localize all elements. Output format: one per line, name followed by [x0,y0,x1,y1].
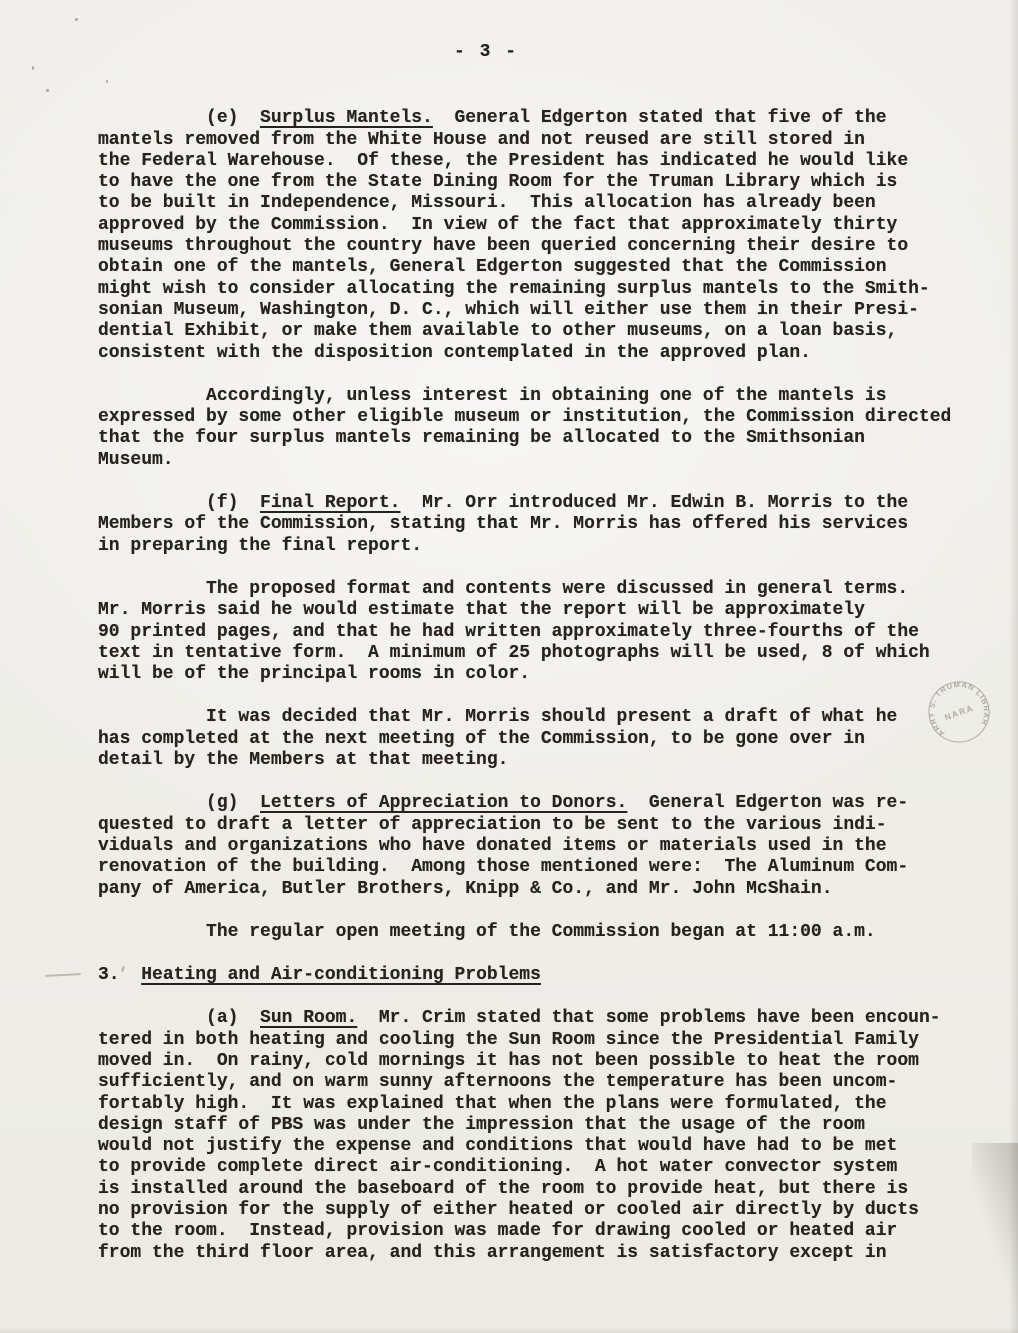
text-line: moved in. On rainy, cold mornings it has… [98,1051,978,1072]
heading-3-heating-air-conditioning: 3. Heating and Air-conditioning Problems [98,965,978,986]
paragraph-g-letters-of-appreciation: (g) Letters of Appreciation to Donors. G… [98,793,978,899]
text-line: (a) Sun Room. Mr. Crim stated that some … [98,1008,978,1029]
text-line: consistent with the disposition contempl… [98,343,978,364]
underlined-title: Surplus Mantels. [260,108,433,128]
page-bottom-edge-shadow [0,1327,1018,1333]
paragraph-draft-decision: It was decided that Mr. Morris should pr… [98,707,978,771]
text-line: would not justify the expense and condit… [98,1136,978,1157]
text-line: will be of the principal rooms in color. [98,664,978,685]
text-line: to have the one from the State Dining Ro… [98,172,978,193]
text-line: obtain one of the mantels, General Edger… [98,257,978,278]
paragraph-e-surplus-mantels: (e) Surplus Mantels. General Edgerton st… [98,108,978,364]
scan-speck [75,18,78,21]
document-body: (e) Surplus Mantels. General Edgerton st… [98,108,978,1264]
text-line: mantels removed from the White House and… [98,130,978,151]
text-line: (g) Letters of Appreciation to Donors. G… [98,793,978,814]
text-line: text in tentative form. A minimum of 25 … [98,643,978,664]
text-line: design staff of PBS was under the impres… [98,1115,978,1136]
text-line: quested to draft a letter of appreciatio… [98,815,978,836]
text-line: Accordingly, unless interest in obtainin… [98,386,978,407]
underlined-title: Letters of Appreciation to Donors. [260,793,627,813]
text-line: 3. Heating and Air-conditioning Problems [98,965,978,986]
page-corner-shadow [972,1143,1018,1333]
text-line: It was decided that Mr. Morris should pr… [98,707,978,728]
stamp-center-text: NARA [943,703,975,723]
text-line: The proposed format and contents were di… [98,579,978,600]
underlined-title: Final Report. [260,493,400,513]
text-line: Mr. Morris said he would estimate that t… [98,600,978,621]
paragraph-proposed-format: The proposed format and contents were di… [98,579,978,685]
text-line: sonian Museum, Washington, D. C., which … [98,300,978,321]
text-line: to provide complete direct air-condition… [98,1157,978,1178]
scanned-document-page: { "page": { "number_label": "- 3 -" }, "… [0,0,1018,1333]
text-line: 90 printed pages, and that he had writte… [98,622,978,643]
document-column: - 3 - (e) Surplus Mantels. General Edger… [98,42,978,1264]
text-line: approved by the Commission. In view of t… [98,215,978,236]
text-line: that the four surplus mantels remaining … [98,428,978,449]
paragraph-a-sun-room: (a) Sun Room. Mr. Crim stated that some … [98,1008,978,1264]
page-number: - 3 - [98,42,874,63]
text-line: sufficiently, and on warm sunny afternoo… [98,1072,978,1093]
text-line: from the third floor area, and this arra… [98,1243,978,1264]
text-line: to the room. Instead, provision was made… [98,1221,978,1242]
underlined-title: Heating and Air-conditioning Problems [141,965,541,985]
text-line: (e) Surplus Mantels. General Edgerton st… [98,108,978,129]
text-line: to be built in Independence, Missouri. T… [98,193,978,214]
text-line: The regular open meeting of the Commissi… [98,922,978,943]
text-line: tered in both heating and cooling the Su… [98,1030,978,1051]
text-line: the Federal Warehouse. Of these, the Pre… [98,151,978,172]
text-line: renovation of the building. Among those … [98,857,978,878]
text-line: viduals and organizations who have donat… [98,836,978,857]
text-line: detail by the Members at that meeting. [98,750,978,771]
text-line: no provision for the supply of either he… [98,1200,978,1221]
scan-speck [106,80,108,83]
text-line: Museum. [98,450,978,471]
text-line: fortably high. It was explained that whe… [98,1094,978,1115]
text-line: expressed by some other eligible museum … [98,407,978,428]
truman-library-stamp: HARRY S. TRUMAN LIBRARY NARA [924,677,994,747]
paragraph-accordingly: Accordingly, unless interest in obtainin… [98,386,978,471]
text-line: museums throughout the country have been… [98,236,978,257]
text-line: has completed at the next meeting of the… [98,729,978,750]
scan-speck [46,89,49,92]
text-line: pany of America, Butler Brothers, Knipp … [98,879,978,900]
scan-speck [32,66,34,70]
paragraph-f-final-report: (f) Final Report. Mr. Orr introduced Mr.… [98,493,978,557]
pencil-dash-annotation [45,973,81,977]
text-line: dential Exhibit, or make them available … [98,321,978,342]
paragraph-open-meeting: The regular open meeting of the Commissi… [98,922,978,943]
text-line: in preparing the final report. [98,536,978,557]
text-line: (f) Final Report. Mr. Orr introduced Mr.… [98,493,978,514]
underlined-title: Sun Room. [260,1008,357,1028]
page-right-edge-shadow [1009,0,1018,1333]
text-line: might wish to consider allocating the re… [98,279,978,300]
text-line: Members of the Commission, stating that … [98,514,978,535]
text-line: is installed around the baseboard of the… [98,1179,978,1200]
